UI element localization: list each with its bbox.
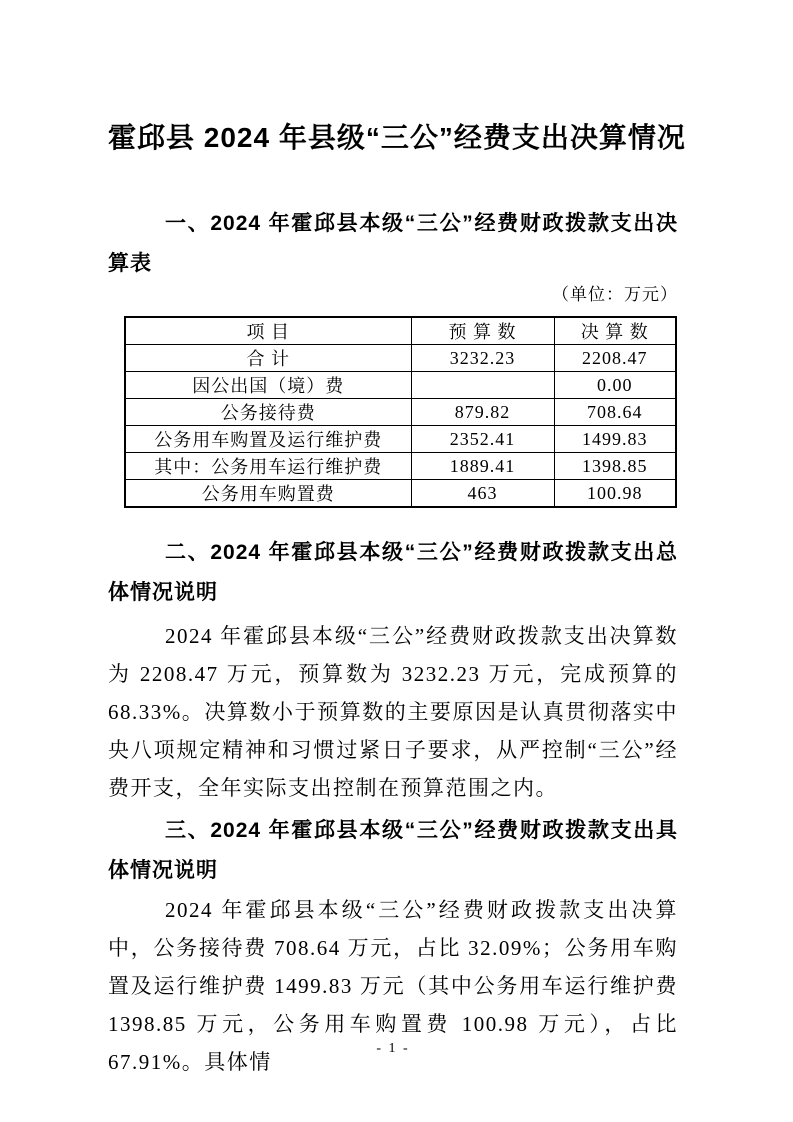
cell-final: 1499.83	[554, 426, 676, 453]
cell-item: 公务用车购置及运行维护费	[125, 426, 411, 453]
column-header-final: 决 算 数	[554, 317, 676, 345]
table-row: 公务用车购置费 463 100.98	[125, 480, 676, 508]
cell-item: 其中：公务用车运行维护费	[125, 453, 411, 480]
cell-budget: 463	[411, 480, 554, 508]
budget-table: 项 目 预 算 数 决 算 数 合 计 3232.23 2208.47 因公出国…	[124, 316, 677, 508]
document-page: 霍邱县 2024 年县级“三公”经费支出决算情况 一、2024 年霍邱县本级“三…	[0, 0, 793, 1122]
section-2-paragraph: 2024 年霍邱县本级“三公”经费财政拨款支出决算数为 2208.47 万元，预…	[108, 617, 678, 807]
section-2-heading: 二、2024 年霍邱县本级“三公”经费财政拨款支出总体情况说明	[108, 533, 678, 613]
column-header-item: 项 目	[125, 317, 411, 345]
table-row: 公务用车购置及运行维护费 2352.41 1499.83	[125, 426, 676, 453]
cell-budget: 1889.41	[411, 453, 554, 480]
table-header-row: 项 目 预 算 数 决 算 数	[125, 317, 676, 345]
unit-note: （单位：万元）	[108, 284, 678, 306]
cell-budget: 3232.23	[411, 345, 554, 372]
cell-final: 0.00	[554, 372, 676, 399]
table-row: 合 计 3232.23 2208.47	[125, 345, 676, 372]
table-row: 因公出国（境）费 0.00	[125, 372, 676, 399]
cell-item: 公务用车购置费	[125, 480, 411, 508]
section-3-heading: 三、2024 年霍邱县本级“三公”经费财政拨款支出具体情况说明	[108, 811, 678, 891]
cell-item: 因公出国（境）费	[125, 372, 411, 399]
table-row: 其中：公务用车运行维护费 1889.41 1398.85	[125, 453, 676, 480]
cell-final: 708.64	[554, 399, 676, 426]
cell-budget	[411, 372, 554, 399]
cell-final: 100.98	[554, 480, 676, 508]
cell-final: 2208.47	[554, 345, 676, 372]
section-1-heading: 一、2024 年霍邱县本级“三公”经费财政拨款支出决算表	[108, 204, 678, 284]
cell-budget: 2352.41	[411, 426, 554, 453]
cell-budget: 879.82	[411, 399, 554, 426]
table-row: 公务接待费 879.82 708.64	[125, 399, 676, 426]
cell-final: 1398.85	[554, 453, 676, 480]
column-header-budget: 预 算 数	[411, 317, 554, 345]
document-content: 霍邱县 2024 年县级“三公”经费支出决算情况 一、2024 年霍邱县本级“三…	[108, 0, 678, 1081]
page-title: 霍邱县 2024 年县级“三公”经费支出决算情况	[108, 120, 678, 156]
cell-item: 合 计	[125, 345, 411, 372]
page-number: - 1 -	[108, 1041, 678, 1057]
cell-item: 公务接待费	[125, 399, 411, 426]
